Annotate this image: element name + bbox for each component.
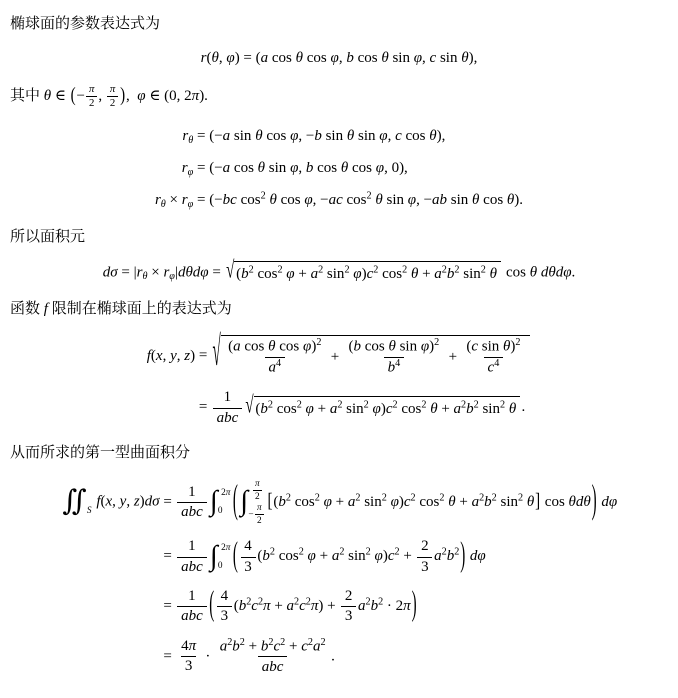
math-text: × [166,192,182,208]
math-variable: π [257,503,262,513]
math-text: cos [276,338,304,354]
math-variable: φ [188,167,194,178]
math-variable: φ [306,401,314,417]
math-text: · 2 [383,598,403,614]
math-superscript: 2 [454,547,459,558]
math-numerator: (b cos θ sin φ)2 [345,338,443,357]
math-fraction: 1abc [177,538,206,576]
math-text: − [248,510,253,520]
math-text: ) + [318,598,339,614]
math-variable: θ [375,192,382,208]
math-variable: a [311,266,319,282]
math-numerator: π [255,503,264,514]
math-text: sin [360,494,381,510]
math-variable: abc [181,608,203,624]
equation-rhs: = (−a sin θ cos φ, −b sin θ sin φ, c cos… [197,126,445,146]
math-text: sin [389,50,414,66]
math-variable: a [454,401,462,417]
math-numerator: a2b2 + b2c2 + c2a2 [216,638,329,657]
math-variable: θ [569,494,576,510]
math-text: cos [254,266,278,282]
math-text: cos [237,192,261,208]
math-numerator: π [86,83,97,96]
math-text: , − [416,192,432,208]
math-superscript: 2 [515,337,520,348]
math-subscript: θ [188,135,193,146]
math-variable: a [287,598,295,614]
math-superscript: 2 [320,637,325,648]
math-variable: c [299,598,306,614]
math-text: sin [396,338,421,354]
math-variable: φ [375,549,383,565]
math-sqrt-body: (a cos θ cos φ)2a4 + (b cos θ sin φ)2b4 … [221,335,530,377]
math-superscript: 2 [316,337,321,348]
math-text: ∈ [51,88,70,104]
math-numerator: 1 [184,538,199,556]
math-text: + [285,638,301,654]
math-fraction: 1abc [213,389,242,427]
math-variable: c [471,338,478,354]
math-fraction: 43 [217,588,232,626]
math-text: sin [322,128,347,144]
math-fraction: (c sin θ)2c4 [463,338,525,377]
math-text: sin [323,266,344,282]
math-numerator: 4π [177,638,200,656]
operator-limits: 2π0 [218,543,230,572]
math-text: 1 [188,588,196,604]
math-text: sin [230,128,255,144]
math-fraction: 23 [341,588,356,626]
math-numerator: (a cos θ cos φ)2 [224,338,325,357]
math-text: 3 [345,608,353,624]
math-text: sin [479,401,500,417]
math-text: · [202,648,215,664]
math-text: 2 [421,538,429,554]
radical-sign: √ [245,395,253,419]
math-text: sin [354,128,379,144]
math-variable: π [89,83,94,95]
equation-lhs: rφ [182,158,193,178]
math-text: 1 [224,389,232,405]
math-denominator: 2 [255,514,264,526]
math-numerator: π [107,83,118,96]
equation-lhs: rθ × rφ [155,190,193,210]
math-text: , 0), [384,160,408,176]
math-variable: b [466,401,474,417]
math-text: . [331,648,335,664]
radical-sign: √ [226,260,234,284]
math-text: 2 [110,97,115,109]
math-text: = [199,399,211,415]
math-variable: c [251,598,258,614]
math-fraction: π2 [253,479,262,503]
math-denominator: abc [258,656,287,675]
math-text: cos [416,494,440,510]
math-text: sin [265,160,290,176]
math-delimiter: [ [268,493,273,513]
math-variable: abc [262,659,284,675]
math-variable: θ [429,128,436,144]
math-variable: π [263,598,271,614]
math-numerator: 4 [217,588,232,606]
math-text: cos [291,494,315,510]
math-fraction: π2 [255,503,264,527]
math-text: , [388,128,396,144]
math-text: 0 [218,506,223,516]
radical-sign: √ [213,334,221,376]
math-text: sin [478,338,503,354]
lower-limit: 0 [218,561,223,572]
math-variable: θ [509,401,516,417]
math-variable: φ [308,549,316,565]
math-variable: π [110,83,115,95]
math-big-operator: ∬S [62,488,94,517]
math-variable: b [371,598,379,614]
paragraph-ellipsoid-param-intro: 椭球面的参数表达式为 [10,14,668,34]
math-numerator: π [253,479,262,490]
math-variable: S [87,506,92,516]
math-text: 其中 [10,88,44,104]
math-variable: π [189,638,197,654]
math-superscript: 2 [434,337,439,348]
paragraph-area-element-intro: 所以面积元 [10,227,668,247]
math-variable: dθdφ [541,264,572,280]
math-variable: π [255,479,260,489]
math-variable: b [260,401,268,417]
math-numerator: 2 [417,538,432,556]
math-fraction: 4π3 [177,638,200,676]
math-variable: φ [376,160,384,176]
math-text: + [456,494,472,510]
math-delimiter: ( [233,482,238,523]
equation-rhs: = 4π3 · a2b2 + b2c2 + c2a2abc. [163,638,335,676]
math-text: cos [241,338,269,354]
math-variable: a [472,494,480,510]
math-text: ), [469,50,478,66]
math-numerator: 2 [341,588,356,606]
math-text: cos [354,50,382,66]
math-text: ). [199,88,208,104]
math-delimiter: ] [535,493,540,513]
math-variable: φ [373,401,381,417]
math-variable: dσ [145,494,160,510]
math-variable: y [170,348,177,364]
math-big-operator: ∫2π0 [210,488,231,517]
math-delimiter: ( [233,540,238,575]
math-variable: θ [268,338,275,354]
math-numerator: 4 [241,538,256,556]
math-text: 3 [421,559,429,575]
math-text: 2 [255,492,260,502]
equation-rhs: = 1abc(43(b2c2π + a2c2π) + 23a2b2 · 2π) [163,588,417,626]
math-text: + [445,349,461,365]
math-fraction: π2 [107,83,118,110]
math-text: 0 [218,561,223,571]
math-sqrt: √(b2 cos2 φ + a2 sin2 φ)c2 cos2 θ + a2b2… [245,396,520,420]
math-text: ). [514,192,523,208]
math-denominator: 3 [341,606,356,625]
equation-rhs: = (−a cos θ sin φ, b cos θ cos φ, 0), [197,158,408,178]
math-fraction: 23 [417,538,432,576]
math-denominator: abc [177,606,206,625]
math-sqrt: √(b2 cos2 φ + a2 sin2 φ)c2 cos2 θ + a2b2… [226,261,501,285]
math-fraction: (b cos θ sin φ)2b4 [345,338,443,377]
math-text: ) [190,348,195,364]
math-text: 限制在椭球面上的表达式为 [48,301,232,317]
math-variable: b [262,549,270,565]
math-text: = [163,648,175,664]
math-variable: bc [223,192,237,208]
math-variable: φ [226,50,234,66]
math-text: 2 [345,588,353,604]
math-text: cos [343,192,367,208]
paragraph-surface-integral-intro: 从而所求的第一型曲面积分 [10,443,668,463]
math-text: = | [118,264,137,280]
math-denominator: b4 [384,357,404,377]
math-text: ), [437,128,446,144]
math-variable: π [226,488,231,498]
math-variable: b [278,494,286,510]
math-text: sin [383,192,408,208]
math-text: . [521,399,525,415]
math-text: cos [402,128,430,144]
lower-limit: S [87,506,92,517]
operator-limits: S [87,488,94,517]
math-variable: dσ [103,264,118,280]
math-text: + [295,266,311,282]
math-text: = [209,264,225,280]
math-text: − [77,88,85,104]
paragraph-parameter-domain: 其中 θ ∈ (−π2, π2), φ ∈ (0, 2π). [10,83,668,110]
math-numerator: 1 [184,588,199,606]
equation-area-element: dσ = |rθ × rφ|dθdφ = √(b2 cos2 φ + a2 si… [10,261,668,285]
equation-rhs: = 1abc√(b2 cos2 φ + a2 sin2 φ)c2 cos2 θ … [199,389,525,427]
math-text: = [163,494,175,510]
math-variable: dθdφ [178,264,209,280]
equation-rhs: = 1abc∫2π0(43(b2 cos2 φ + a2 sin2 φ)c2 +… [163,538,485,576]
math-text: 3 [244,559,252,575]
math-variable: φ [379,128,387,144]
math-variable: abc [181,559,203,575]
math-denominator: a4 [265,357,285,377]
math-fraction: 1abc [177,588,206,626]
math-text: , − [313,192,329,208]
equation-parametrization: r(θ, φ) = (a cos θ cos φ, b cos θ sin φ,… [10,48,668,68]
math-text: , [126,88,137,104]
math-text: cos [479,192,507,208]
math-subscript: φ [188,167,194,178]
math-text: cos [313,160,341,176]
math-variable: a [434,266,442,282]
math-denominator: abc [177,557,206,576]
math-denominator: abc [177,502,206,521]
math-variable: φ [391,494,399,510]
math-document: 椭球面的参数表达式为 r(θ, φ) = (a cos θ cos φ, b c… [0,0,678,698]
math-variable: θ [430,401,437,417]
equation-surface-integral: ∬Sf(x, y, z)dσ= 1abc∫2π0(∫π2−π2[(b2 cos2… [10,479,668,676]
operator-limits: 2π0 [218,488,230,517]
math-text: + [327,349,343,365]
math-sqrt: √(a cos θ cos φ)2a4 + (b cos θ sin φ)2b4… [213,335,530,377]
math-text: , [98,88,106,104]
math-text: , [422,50,430,66]
math-denominator: 3 [241,557,256,576]
math-denominator: 3 [417,557,432,576]
math-variable: θ [258,160,265,176]
math-text: , [112,494,120,510]
math-denominator: c4 [484,357,503,377]
operator-symbol: ∫ [210,488,218,517]
math-variable: π [403,598,411,614]
math-delimiter: ( [209,590,214,625]
math-fraction: π2 [86,83,97,110]
equation-lhs: f(x, y, z) [147,346,195,366]
equation-lhs: ∬Sf(x, y, z)dσ [61,488,160,517]
math-text: cos [230,160,258,176]
math-text: 4 [244,538,252,554]
math-variable: c [404,494,411,510]
math-variable: b [388,359,396,375]
math-subscript: φ [188,199,194,210]
math-text: cos [361,338,389,354]
lower-limit: −π2 [248,503,265,527]
math-text: sin [342,401,363,417]
math-delimiter: ( [71,86,76,106]
math-variable: θ [527,494,534,510]
math-variable: ac [329,192,343,208]
math-text: cos [275,549,299,565]
math-variable: φ [414,50,422,66]
math-text: + [271,598,287,614]
math-variable: θ [461,50,468,66]
math-variable: a [434,549,442,565]
math-text: = (− [197,160,223,176]
math-variable: x [156,348,163,364]
math-sqrt-body: (b2 cos2 φ + a2 sin2 φ)c2 cos2 θ + a2b2 … [234,261,500,285]
operator-limits: π2−π2 [249,479,265,526]
math-variable: dφ [470,549,486,565]
math-text: sin [436,50,461,66]
math-variable: c [388,549,395,565]
upper-limit: 2π [221,543,230,554]
equation-rhs: = 1abc∫2π0(∫π2−π2[(b2 cos2 φ + a2 sin2 φ… [163,479,617,526]
math-variable: b [353,338,361,354]
paragraph-function-restriction-intro: 函数 f 限制在椭球面上的表达式为 [10,299,668,319]
math-text: ∈ (0, 2 [146,88,192,104]
math-text: cos [303,50,331,66]
math-text: 1 [188,484,196,500]
equation-partial-derivatives: rθ= (−a sin θ cos φ, −b sin θ sin φ, c c… [10,126,668,211]
operator-symbol: ∬ [62,488,86,517]
math-text: cos [398,401,422,417]
math-text: cos [541,494,569,510]
math-denominator: 2 [86,96,97,110]
math-variable: b [314,128,322,144]
equation-function-on-surface: f(x, y, z)= √(a cos θ cos φ)2a4 + (b cos… [10,335,668,427]
math-variable: c [301,638,308,654]
math-text: 4 [221,588,229,604]
math-text: = [163,549,175,565]
math-variable: φ [137,88,145,104]
math-variable: b [346,50,354,66]
math-variable: φ [324,494,332,510]
math-big-operator: ∫2π0 [210,543,231,572]
math-text: 4 [181,638,189,654]
math-variable: θ [530,264,537,280]
math-text: + [438,401,454,417]
math-delimiter: ) [592,482,597,523]
upper-limit: π2 [252,479,264,503]
math-superscript: 4 [395,358,400,369]
math-text: = (− [197,128,223,144]
math-variable: dφ [601,494,617,510]
math-fraction: (a cos θ cos φ)2a4 [224,338,325,377]
math-variable: π [226,543,231,553]
math-text: , − [298,128,314,144]
math-text: cos [268,50,296,66]
math-denominator: 3 [217,606,232,625]
math-text: + [316,549,332,565]
lower-limit: 0 [218,506,223,517]
math-text: , [126,494,134,510]
math-variable: φ [421,338,429,354]
math-text: + [245,638,261,654]
math-variable: ab [432,192,447,208]
math-text: cos [348,160,376,176]
math-text: = (− [197,192,223,208]
math-fraction: 1abc [177,484,206,522]
math-variable: a [268,359,276,375]
math-fraction: 43 [241,538,256,576]
math-variable: θ [448,494,455,510]
math-text: sin [447,192,472,208]
math-text: sin [344,549,365,565]
math-text: = [199,347,211,363]
math-text: 2 [257,516,262,526]
math-denominator: 2 [107,96,118,110]
math-variable: abc [181,504,203,520]
math-variable: abc [217,410,239,426]
math-numerator: 1 [220,389,235,407]
math-numerator: 1 [184,484,199,502]
math-text: + [400,549,416,565]
math-text: cos [273,401,297,417]
math-delimiter: ) [412,590,417,625]
math-variable: θ [381,50,388,66]
math-variable: θ [296,50,303,66]
equation-rhs: = √(a cos θ cos φ)2a4 + (b cos θ sin φ)2… [199,335,531,377]
math-big-operator: ∫π2−π2 [240,479,265,526]
math-text: 函数 [10,301,44,317]
operator-symbol: ∫ [240,488,248,517]
math-variable: c [386,401,393,417]
math-text: × [147,264,163,280]
math-superscript: 4 [494,358,499,369]
operator-symbol: ∫ [210,543,218,572]
math-variable: dθ [576,494,591,510]
math-variable: φ [188,199,194,210]
math-text: 2 [89,97,94,109]
math-variable: φ [408,192,416,208]
math-denominator: 2 [253,490,262,502]
math-text: cos [378,266,402,282]
equation-rhs: = (−bc cos2 θ cos φ, −ac cos2 θ sin φ, −… [197,190,523,210]
math-text: , [163,348,171,364]
math-variable: c [395,128,402,144]
math-variable: θ [188,135,193,146]
math-text: cos [502,264,530,280]
upper-limit: 2π [221,488,230,499]
